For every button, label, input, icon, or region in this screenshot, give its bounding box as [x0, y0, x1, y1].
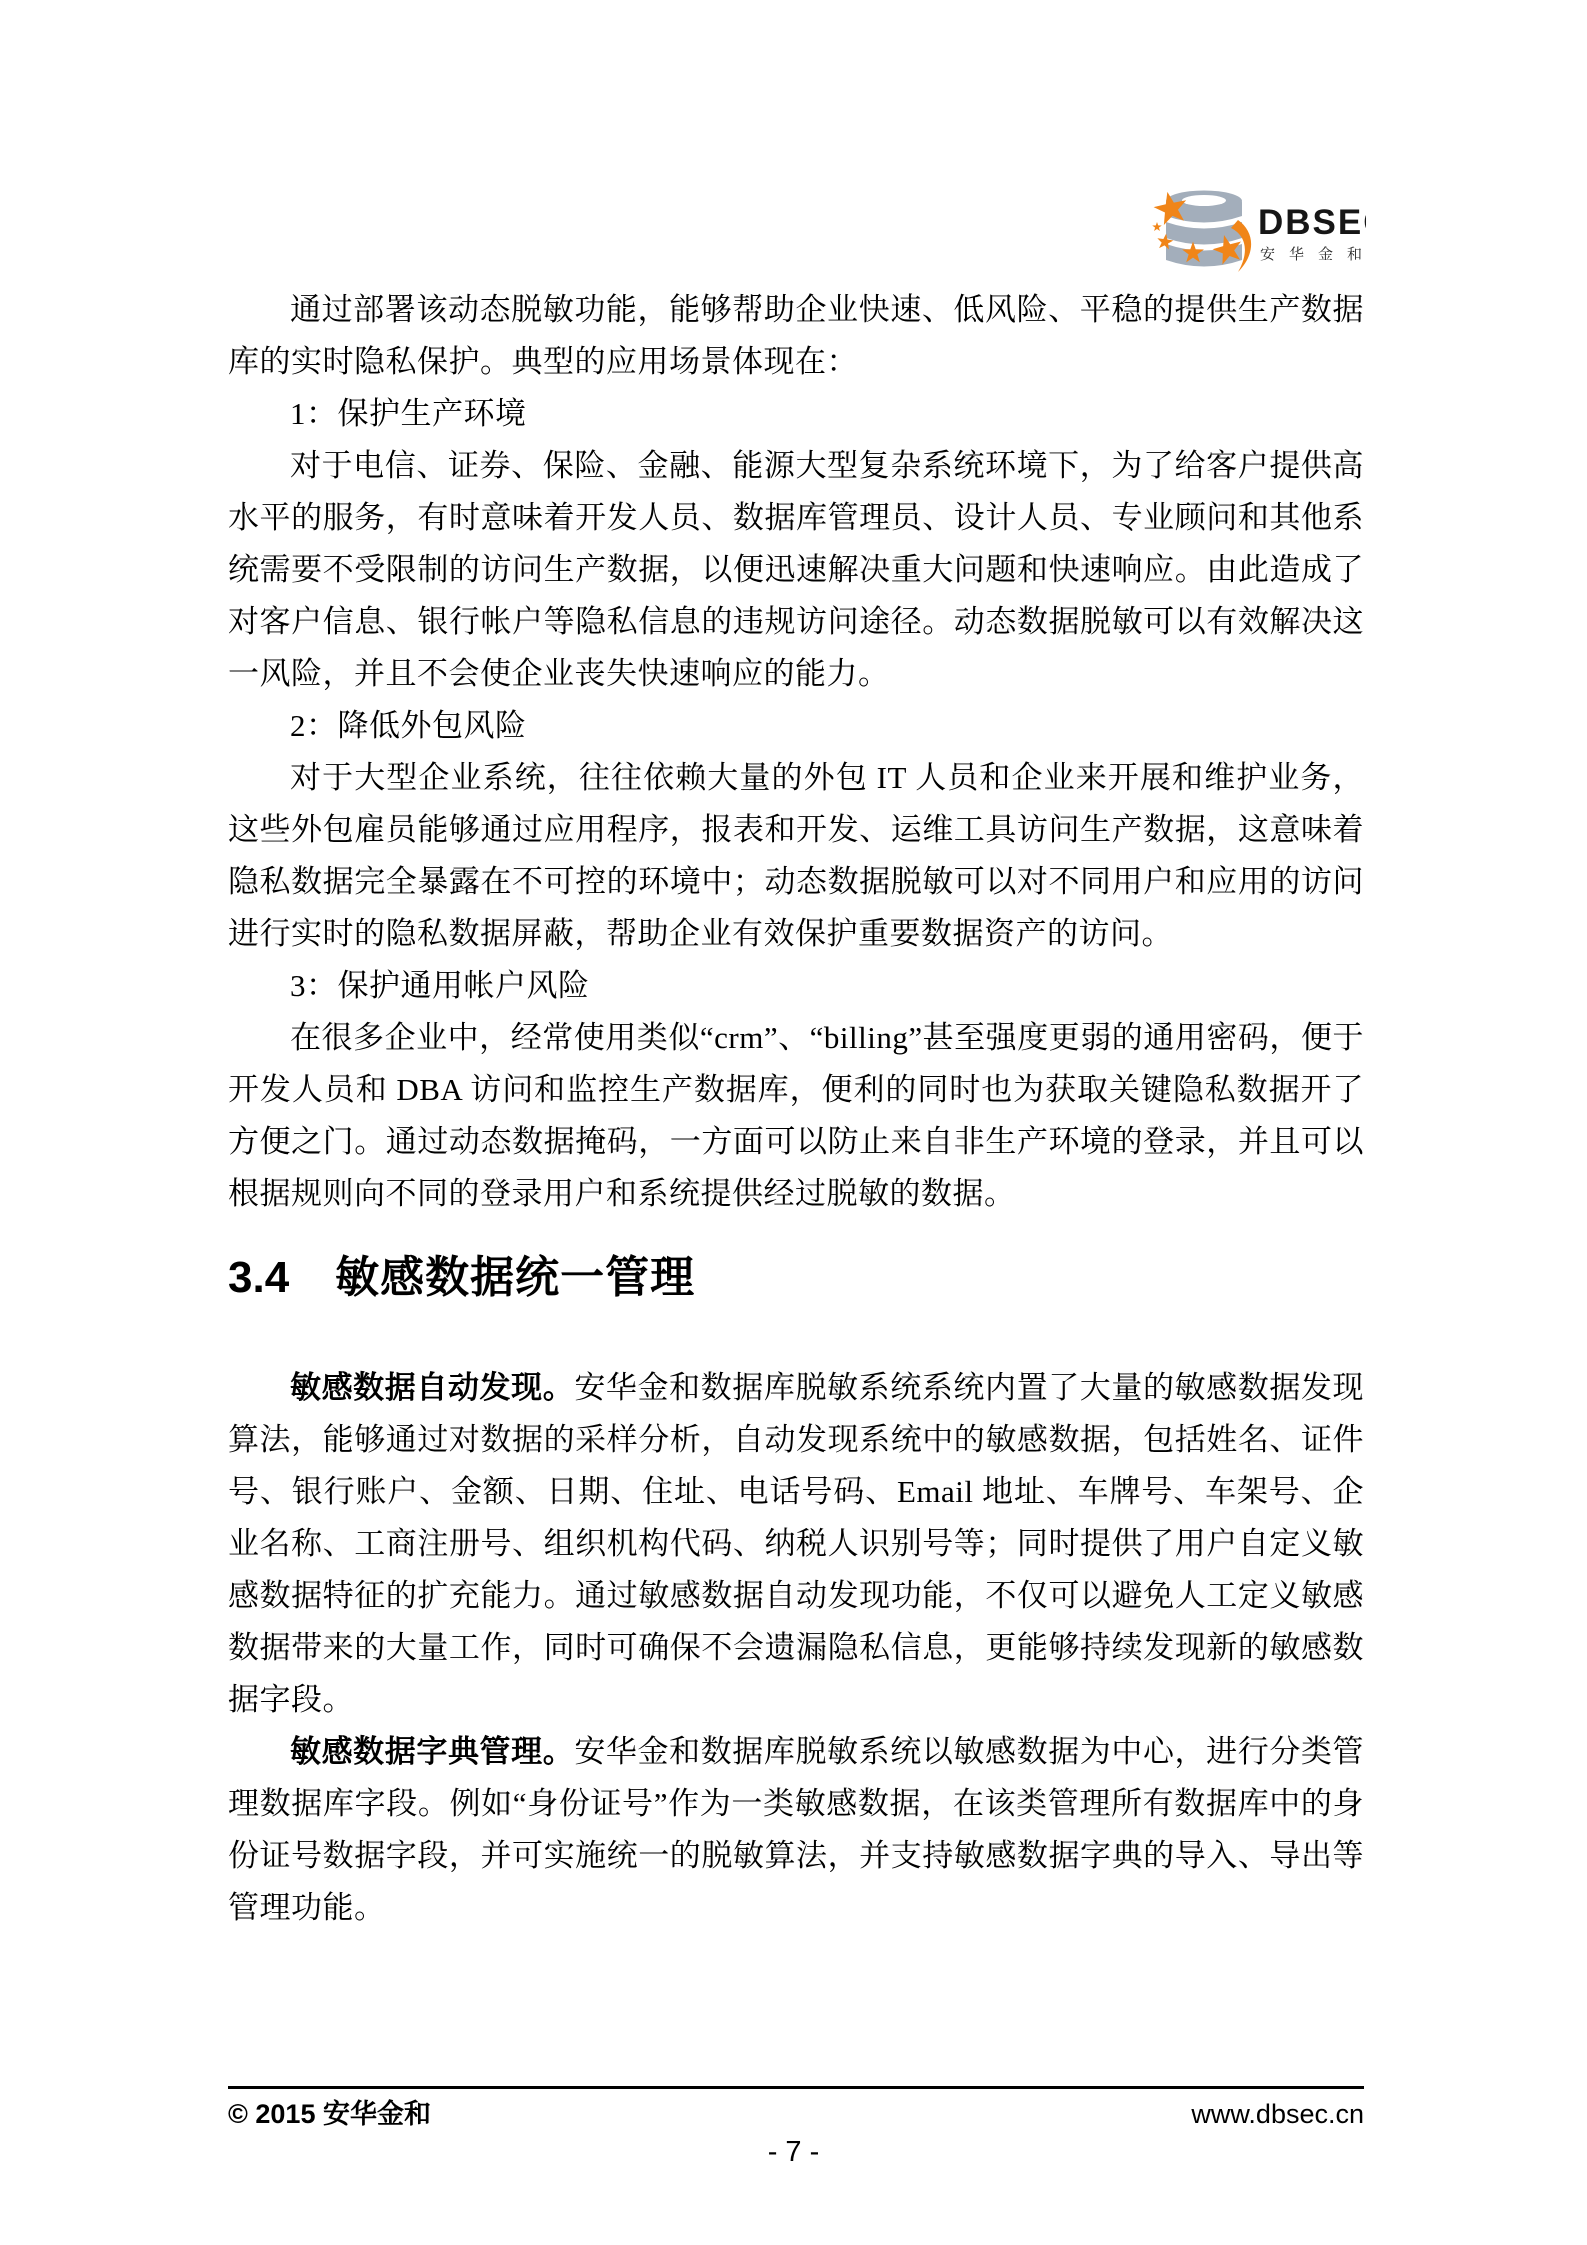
document-body: 通过部署该动态脱敏功能，能够帮助企业快速、低风险、平稳的提供生产数据库的实时隐私…	[228, 284, 1364, 1934]
section-heading: 3.4 敏感数据统一管理	[228, 1246, 1364, 1310]
body-paragraph: 在很多企业中，经常使用类似“crm”、“billing”甚至强度更弱的通用密码，…	[228, 1012, 1364, 1220]
document-page: DBSEC 安华金和 通过部署该动态脱敏功能，能够帮助企业快速、低风险、平稳的提…	[0, 0, 1587, 2245]
dbsec-logo-graphic: DBSEC 安华金和	[1152, 186, 1366, 286]
paragraph-lead: 敏感数据字典管理。	[290, 1734, 574, 1769]
dbsec-logo: DBSEC 安华金和	[1152, 186, 1366, 286]
list-item-heading: 2：降低外包风险	[228, 700, 1364, 752]
section-number: 3.4	[228, 1246, 289, 1310]
body-paragraph: 对于电信、证券、保险、金融、能源大型复杂系统环境下，为了给客户提供高水平的服务，…	[228, 440, 1364, 700]
body-paragraph: 敏感数据自动发现。安华金和数据库脱敏系统系统内置了大量的敏感数据发现算法，能够通…	[228, 1362, 1364, 1726]
paragraph-lead: 敏感数据自动发现。	[290, 1370, 574, 1405]
section-title: 敏感数据统一管理	[335, 1246, 695, 1310]
star-tiny-icon	[1152, 222, 1162, 231]
page-footer: © 2015 安华金和 www.dbsec.cn	[228, 2086, 1364, 2130]
page-number: - 7 -	[0, 2134, 1587, 2170]
list-item-heading: 3：保护通用帐户风险	[228, 960, 1364, 1012]
body-paragraph: 敏感数据字典管理。安华金和数据库脱敏系统以敏感数据为中心，进行分类管理数据库字段…	[228, 1726, 1364, 1934]
website-link[interactable]: www.dbsec.cn	[1191, 2098, 1364, 2130]
body-paragraph: 通过部署该动态脱敏功能，能够帮助企业快速、低风险、平稳的提供生产数据库的实时隐私…	[228, 284, 1364, 388]
brand-text: DBSEC	[1258, 203, 1366, 242]
copyright-text: © 2015 安华金和	[228, 2098, 431, 2130]
body-paragraph: 对于大型企业系统，往往依赖大量的外包 IT 人员和企业来开展和维护业务，这些外包…	[228, 752, 1364, 960]
brand-subtext: 安华金和	[1260, 246, 1366, 263]
list-item-heading: 1：保护生产环境	[228, 388, 1364, 440]
paragraph-text: 安华金和数据库脱敏系统系统内置了大量的敏感数据发现算法，能够通过对数据的采样分析…	[228, 1370, 1364, 1717]
